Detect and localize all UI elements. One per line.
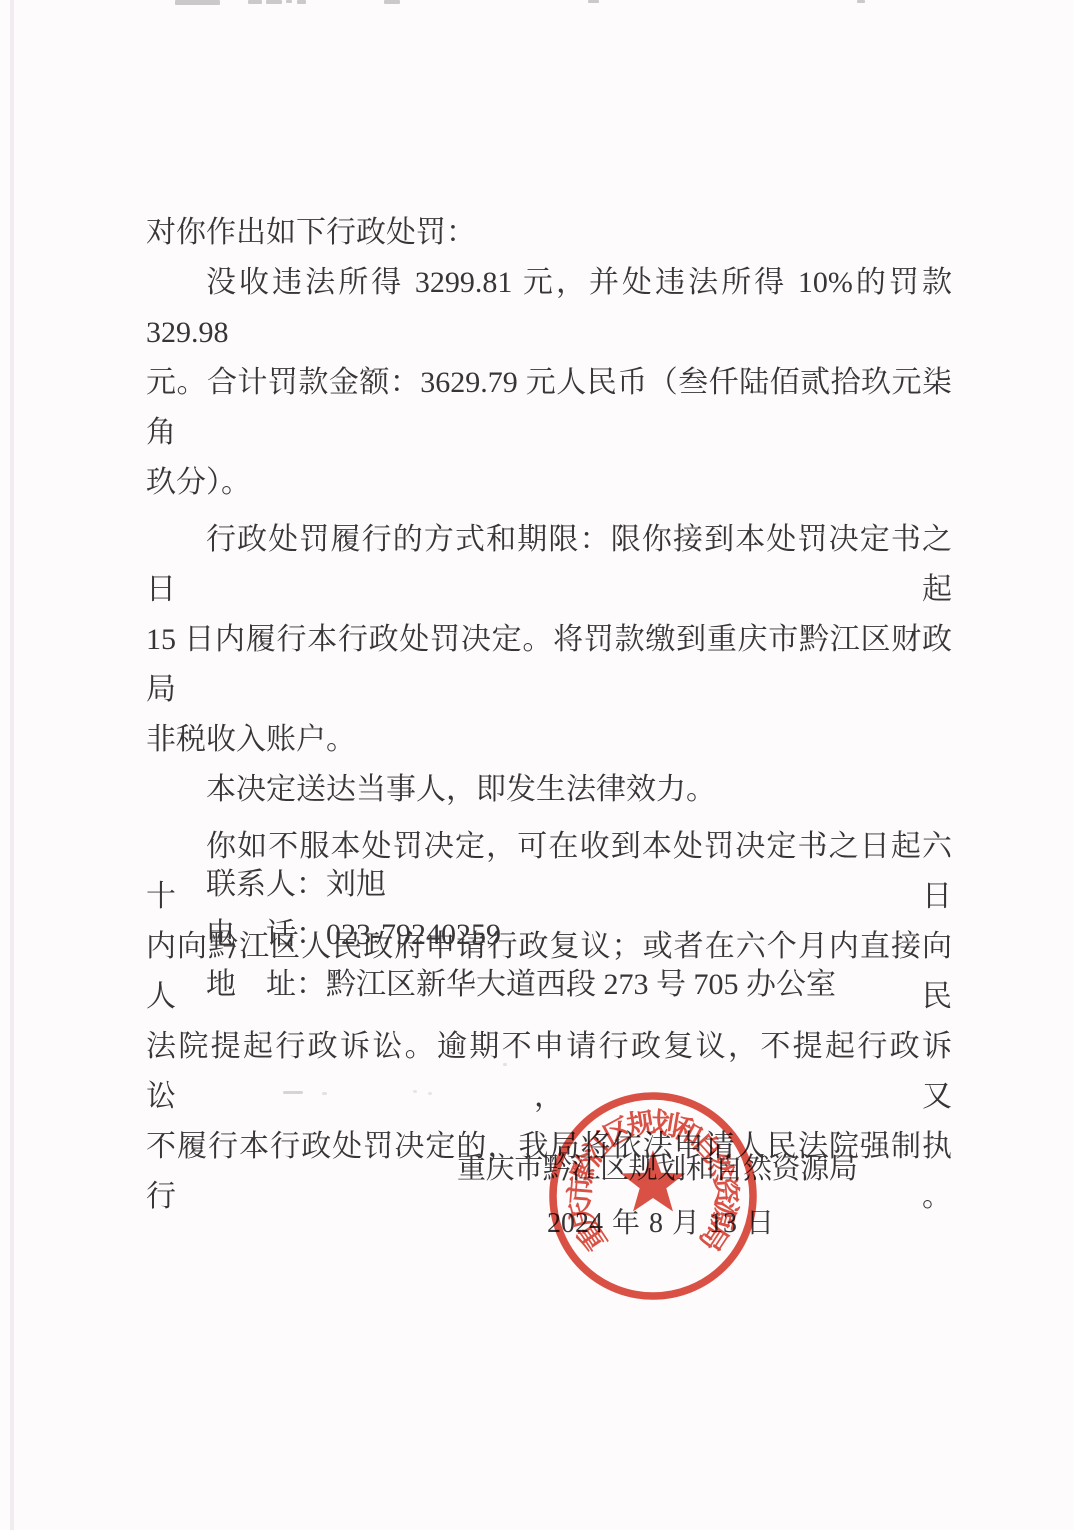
official-seal: 重庆市黔江区规划和自然资源局 [545,1088,761,1304]
star-icon [621,1150,686,1212]
scan-artifact [384,0,400,4]
contact-block: 联系人：刘旭电 话：023-79240259地 址：黔江区新华大道西段 273 … [146,860,952,1010]
contact-line: 地 址：黔江区新华大道西段 273 号 705 办公室 [146,960,952,1010]
body-line: 玖分）。 [146,458,952,508]
body-line: 对你作出如下行政处罚： [146,208,952,258]
scan-artifact [175,0,220,5]
body-line: 元。合计罚款金额：3629.79 元人民币（叁仟陆佰贰拾玖元柒角 [146,358,952,458]
body-line: 行政处罚履行的方式和期限：限你接到本处罚决定书之日起 [146,515,952,615]
body-line: 非税收入账户。 [146,715,952,765]
contact-line: 联系人：刘旭 [146,860,952,910]
document-page: 对你作出如下行政处罚：没收违法所得 3299.81 元，并处违法所得 10%的罚… [0,0,1074,1530]
scan-artifact [286,0,292,3]
seal-graphic: 重庆市黔江区规划和自然资源局 [545,1088,761,1304]
scan-artifact [266,0,282,4]
body-line: 本决定送达当事人，即发生法律效力。 [146,765,952,815]
document-body: 对你作出如下行政处罚：没收违法所得 3299.81 元，并处违法所得 10%的罚… [146,208,952,1222]
body-line: 没收违法所得 3299.81 元，并处违法所得 10%的罚款 329.98 [146,258,952,358]
scan-artifact [588,0,599,3]
scan-edge-line [10,0,14,1530]
scan-artifact [857,0,865,3]
scan-artifact [297,0,306,4]
contact-line: 电 话：023-79240259 [146,910,952,960]
scan-artifact [248,0,262,4]
body-line: 15 日内履行本行政处罚决定。将罚款缴到重庆市黔江区财政局 [146,615,952,715]
